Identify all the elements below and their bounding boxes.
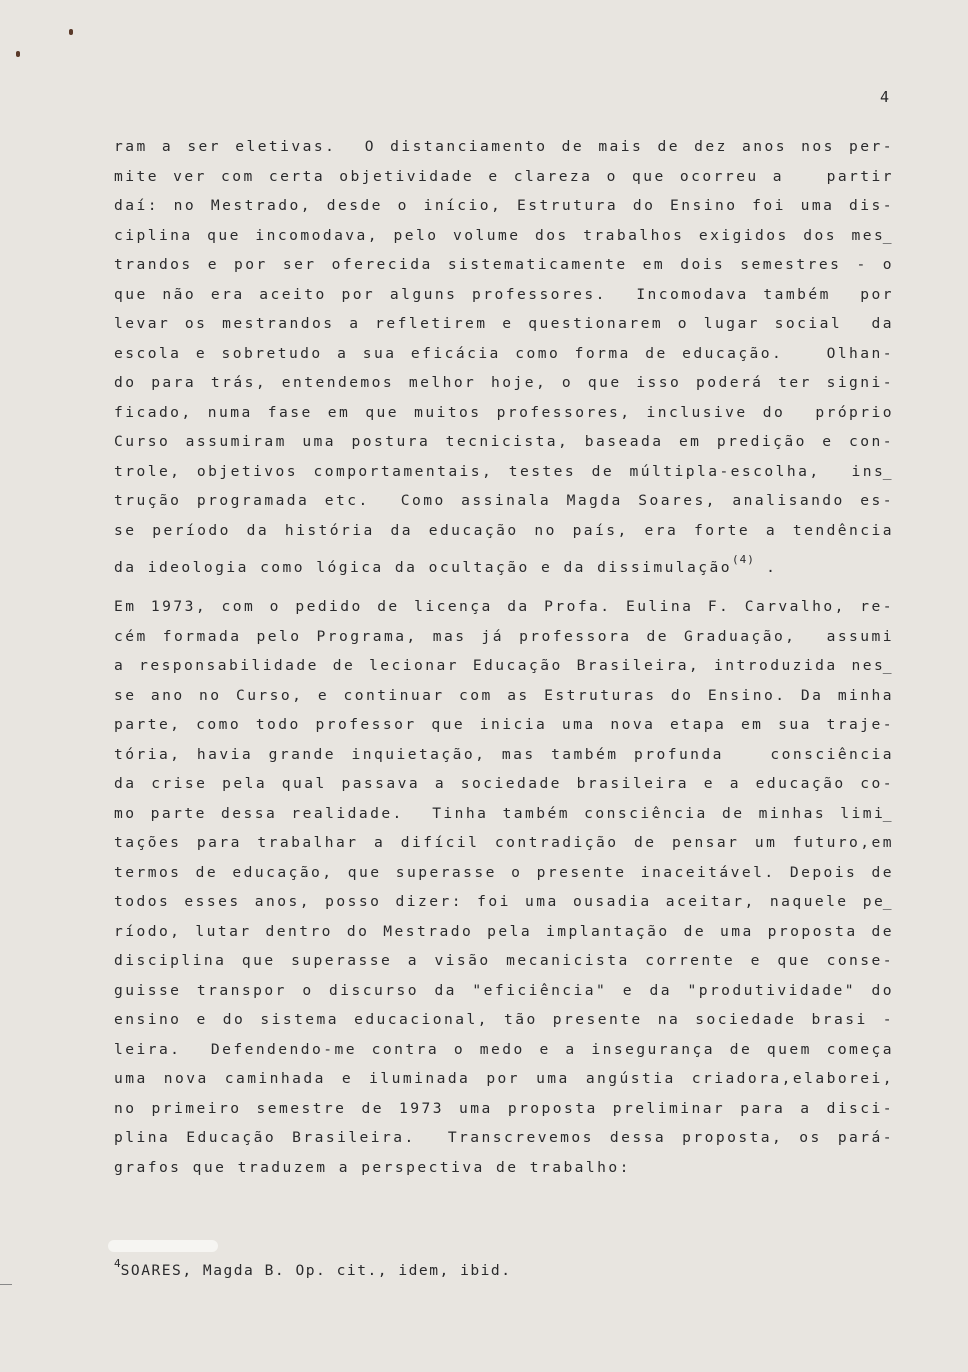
text-line: da crise pela qual passava a sociedade b…	[114, 769, 894, 799]
text-line: ciplina que incomodava, pelo volume dos …	[114, 221, 894, 251]
text-line: Em 1973, com o pedido de licença da Prof…	[114, 592, 894, 622]
text-line: Curso assumiram uma postura tecnicista, …	[114, 427, 894, 457]
text-line: termos de educação, que superasse o pres…	[114, 858, 894, 888]
footnote: 4SOARES, Magda B. Op. cit., idem, ibid.	[114, 1262, 512, 1279]
text-line: trole, objetivos comportamentais, testes…	[114, 457, 894, 487]
text-line: do para trás, entendemos melhor hoje, o …	[114, 368, 894, 398]
paper-speck	[16, 51, 20, 57]
text-line: se ano no Curso, e continuar com as Estr…	[114, 681, 894, 711]
footnote-text: SOARES, Magda B. Op. cit., idem, ibid.	[121, 1262, 512, 1279]
text-line: da ideologia como lógica da ocultação e …	[114, 545, 894, 575]
text-line: escola e sobretudo a sua eficácia como f…	[114, 339, 894, 369]
correction-mark	[108, 1240, 218, 1252]
text-line: ficado, numa fase em que muitos professo…	[114, 398, 894, 428]
text-line: todos esses anos, posso dizer: foi uma o…	[114, 887, 894, 917]
text-line: tória, havia grande inquietação, mas tam…	[114, 740, 894, 770]
text-line: leira. Defendendo-me contra o medo e a i…	[114, 1035, 894, 1065]
text-line: ríodo, lutar dentro do Mestrado pela imp…	[114, 917, 894, 947]
text-line: parte, como todo professor que inicia um…	[114, 710, 894, 740]
text-line: no primeiro semestre de 1973 uma propost…	[114, 1094, 894, 1124]
text-line: que não era aceito por alguns professore…	[114, 280, 894, 310]
text-line: daí: no Mestrado, desde o início, Estrut…	[114, 191, 894, 221]
text-line: uma nova caminhada e iluminada por uma a…	[114, 1064, 894, 1094]
text-line: grafos que traduzem a perspectiva de tra…	[114, 1153, 894, 1183]
text-line: levar os mestrandos a refletirem e quest…	[114, 309, 894, 339]
page-number: 4	[880, 88, 889, 106]
text-line: cém formada pelo Programa, mas já profes…	[114, 622, 894, 652]
text-line: a responsabilidade de lecionar Educação …	[114, 651, 894, 681]
footnote-mark: 4	[114, 1257, 121, 1270]
text-line: plina Educação Brasileira. Transcrevemos…	[114, 1123, 894, 1153]
margin-mark	[0, 1284, 12, 1285]
text-line: guisse transpor o discurso da "eficiênci…	[114, 976, 894, 1006]
text-line: mite ver com certa objetividade e clarez…	[114, 162, 894, 192]
text-line: trução programada etc. Como assinala Mag…	[114, 486, 894, 516]
paragraph-1: ram a ser eletivas. O distanciamento de …	[114, 132, 894, 575]
paragraph-2: Em 1973, com o pedido de licença da Prof…	[114, 592, 894, 1182]
footnote-reference: (4)	[732, 553, 755, 566]
text-line: se período da história da educação no pa…	[114, 516, 894, 546]
text-line: mo parte dessa realidade. Tinha também c…	[114, 799, 894, 829]
text-line: tações para trabalhar a difícil contradi…	[114, 828, 894, 858]
text-line: ensino e do sistema educacional, tão pre…	[114, 1005, 894, 1035]
text-line: ram a ser eletivas. O distanciamento de …	[114, 132, 894, 162]
text-line: disciplina que superasse a visão mecanic…	[114, 946, 894, 976]
text-line: trandos e por ser oferecida sistematicam…	[114, 250, 894, 280]
paper-speck	[69, 29, 73, 35]
